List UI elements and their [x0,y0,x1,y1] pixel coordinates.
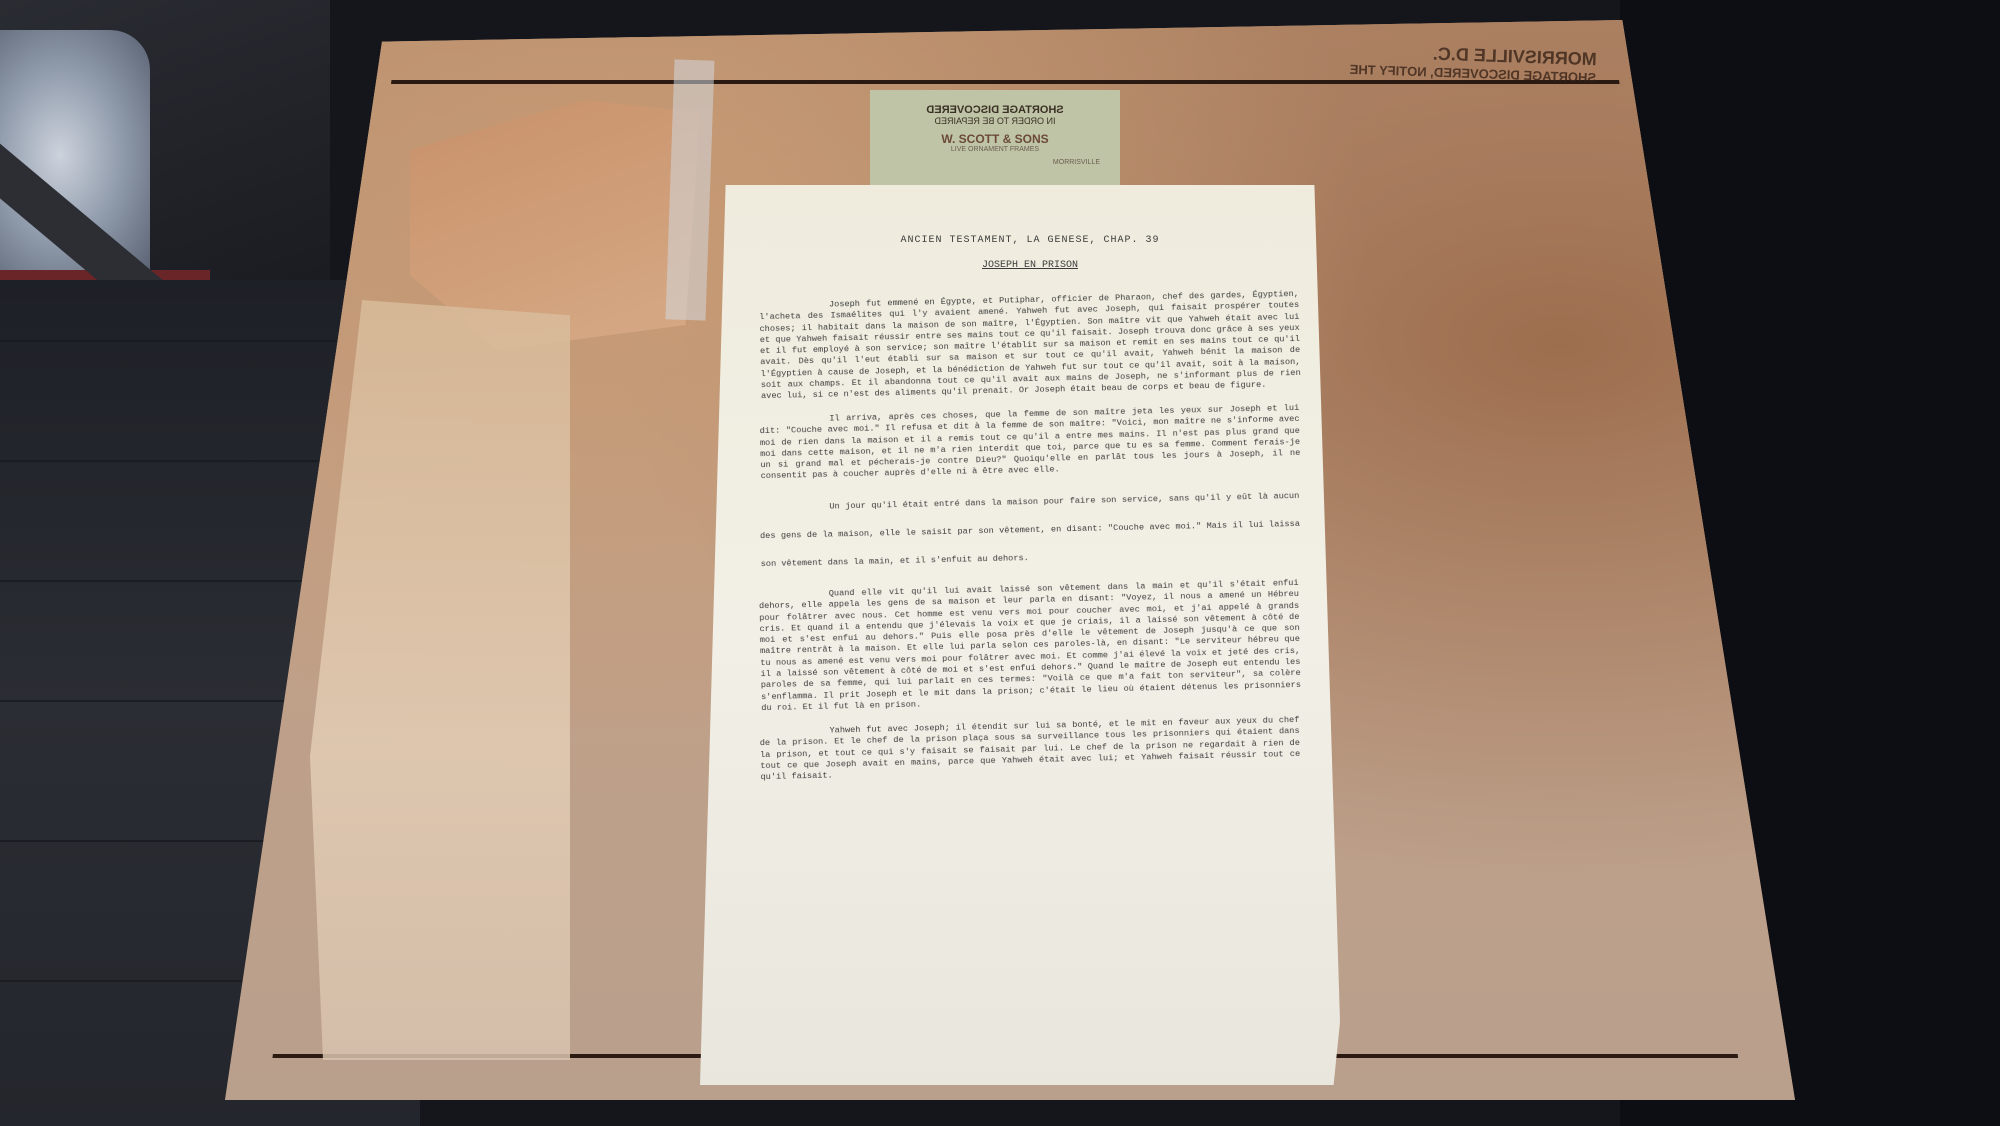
typed-document: ANCIEN TESTAMENT, LA GENESE, CHAP. 39 JO… [700,185,1340,1085]
torn-paper-left [310,300,570,1060]
background-shelf [0,0,330,300]
label-line2: IN ORDER TO BE REPAIRED [870,116,1120,126]
document-paragraph: Yahweh fut avec Joseph; il étendit sur l… [759,715,1300,784]
document-paragraph: Il arriva, après ces choses, que la femm… [759,403,1300,483]
document-title: ANCIEN TESTAMENT, LA GENESE, CHAP. 39 [760,235,1300,246]
label-line5: MORRISVILLE [870,159,1100,166]
label-line1: SHORTAGE DISCOVERED [870,104,1120,116]
framer-label: SHORTAGE DISCOVERED IN ORDER TO BE REPAI… [870,90,1120,185]
document-paragraph: Joseph fut emmené en Égypte, et Putiphar… [759,289,1301,403]
document-paragraph: Quand elle vit qu'il lui avait laissé so… [759,578,1302,714]
label-line4: LIVE ORNAMENT FRAMES [870,146,1120,153]
document-paragraph: Un jour qu'il était entré dans la maison… [759,482,1301,578]
document-subtitle: JOSEPH EN PRISON [760,260,1300,271]
label-company: W. SCOTT & SONS [870,132,1120,146]
